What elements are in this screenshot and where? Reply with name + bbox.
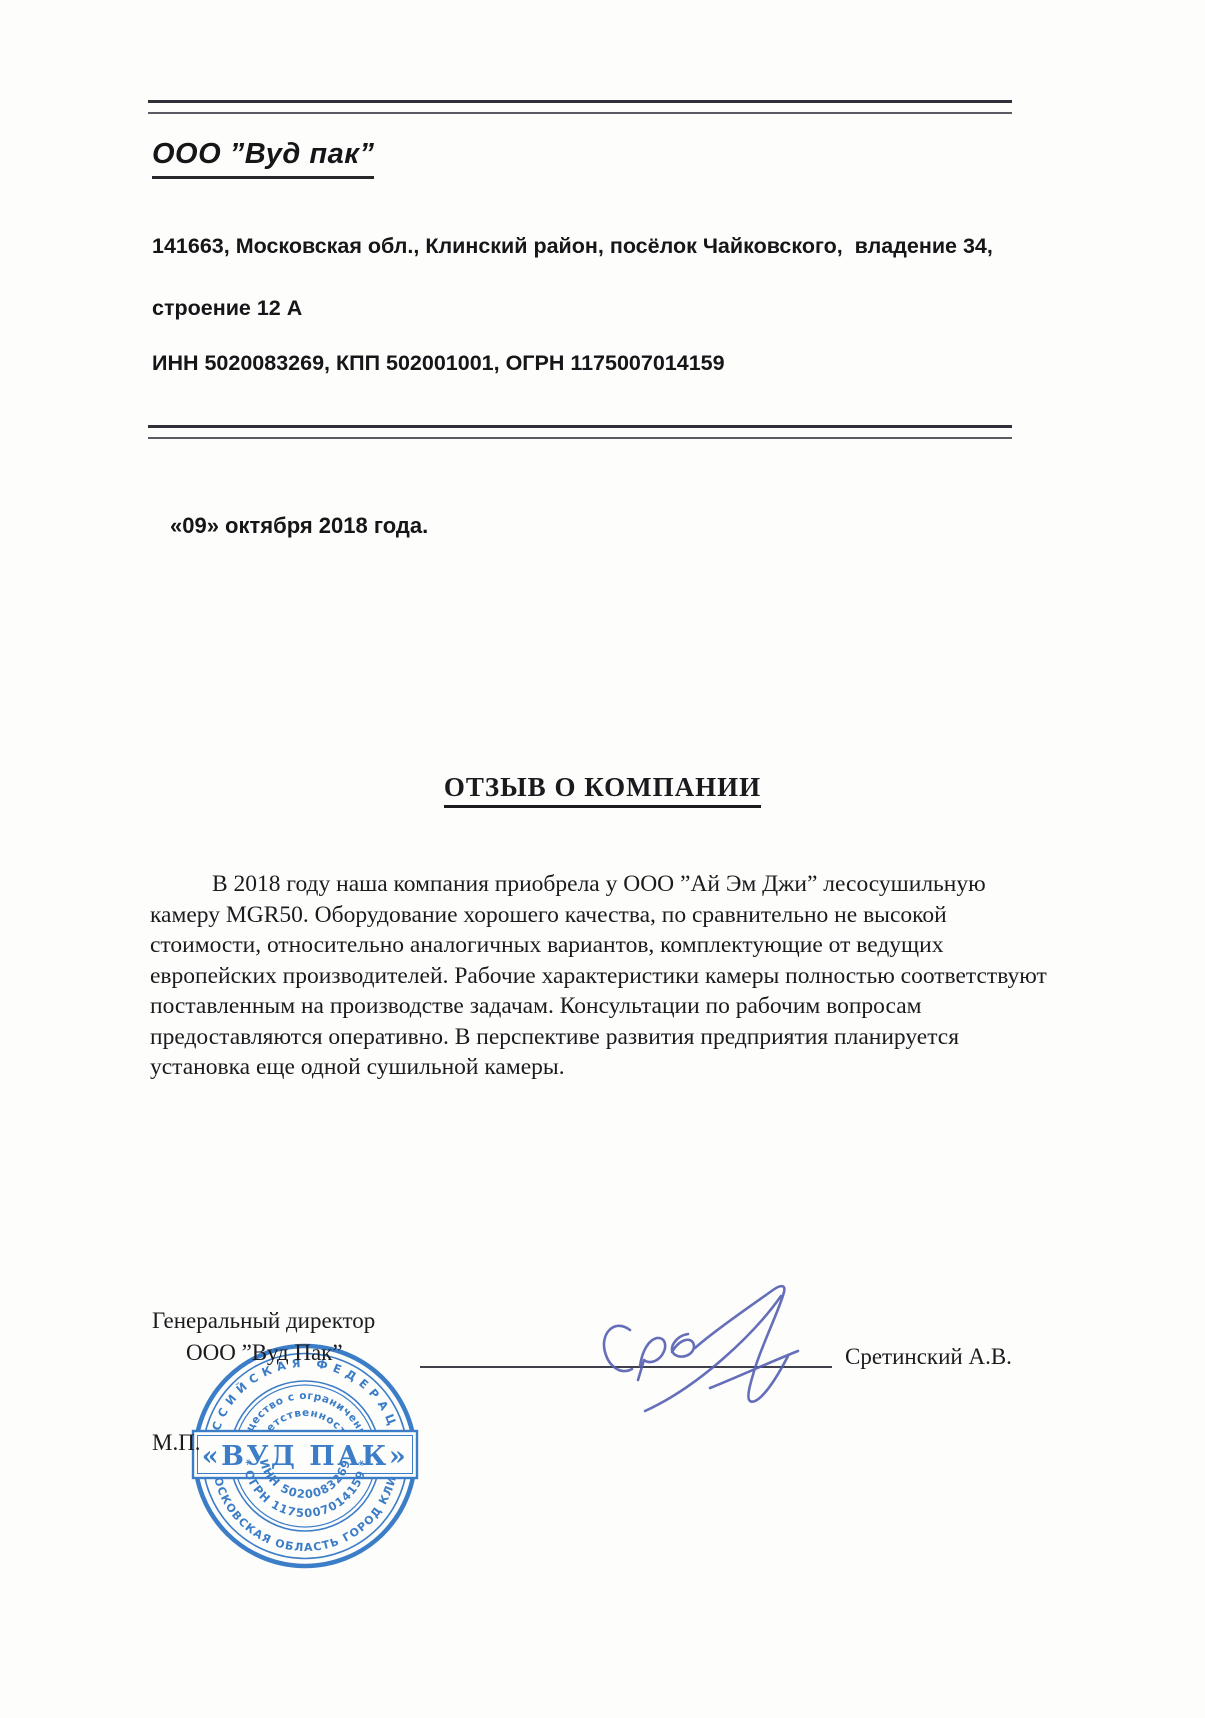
seal-mark: М.П. <box>152 1430 201 1456</box>
document-title-row: ОТЗЫВ О КОМПАНИИ <box>0 772 1205 808</box>
body-paragraph: В 2018 году наша компания приобрела у ОО… <box>150 869 1047 1083</box>
top-separator <box>148 100 1012 114</box>
stamp-center-banner: «ВУД ПАК» <box>193 1431 417 1478</box>
signer-position-line-2: ООО ”Вуд Пак” <box>186 1340 343 1366</box>
bottom-separator-thick-line <box>148 425 1012 428</box>
bottom-separator-thin-line <box>148 437 1012 439</box>
stamp-center-name: «ВУД ПАК» <box>202 1441 408 1472</box>
top-separator-thick-line <box>148 100 1012 103</box>
signature-letter-s <box>604 1326 632 1371</box>
company-stamp-icon: РОССИЙСКАЯ ФЕДЕРАЦИЯ * МОСКОВСКАЯ ОБЛАСТ… <box>190 1341 420 1571</box>
bottom-separator <box>148 425 1012 439</box>
signature-letter-e <box>672 1334 694 1357</box>
signature-letter-r <box>638 1338 665 1380</box>
signer-position-line-1: Генеральный директор <box>152 1308 375 1334</box>
address-line-2: строение 12 А <box>152 296 302 321</box>
signature-tail <box>710 1351 798 1388</box>
document-title: ОТЗЫВ О КОМПАНИИ <box>444 772 761 808</box>
registration-line: ИНН 5020083269, КПП 502001001, ОГРН 1175… <box>152 351 725 376</box>
date-line: «09» октября 2018 года. <box>170 513 428 539</box>
signer-name: Сретинский А.В. <box>845 1344 1012 1370</box>
company-name: ООО ”Вуд пак” <box>152 138 374 179</box>
handwritten-signature-icon <box>560 1268 820 1433</box>
document-page: ООО ”Вуд пак” 141663, Московская обл., К… <box>0 0 1205 1718</box>
address-line-1: 141663, Московская обл., Клинский район,… <box>152 234 993 259</box>
top-separator-thin-line <box>148 112 1012 114</box>
